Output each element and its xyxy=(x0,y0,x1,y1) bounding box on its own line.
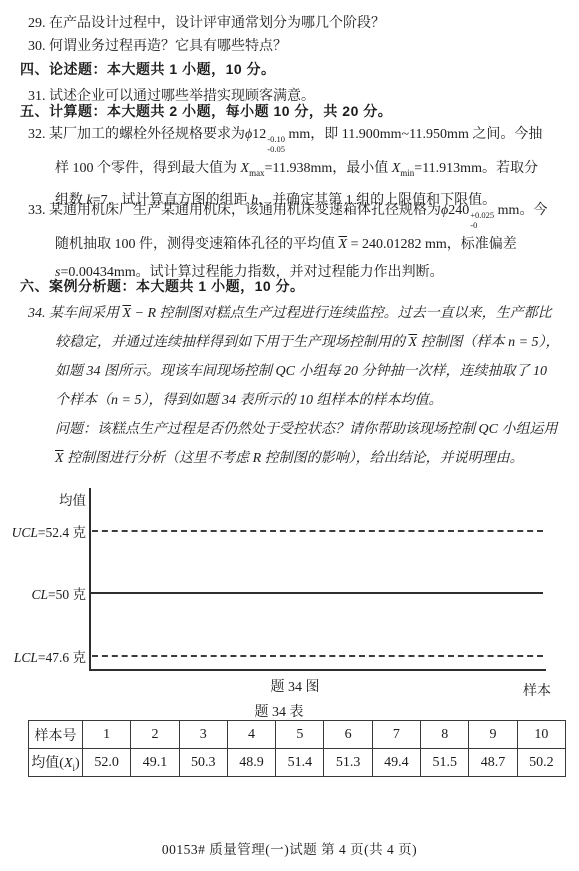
y-axis-title: 均值 xyxy=(0,489,86,509)
text-line: 个样本（n = 5），得到如题 34 表所示的 10 组样本的样本均值。 xyxy=(55,386,560,415)
text-line: 问题：该糕点生产过程是否仍然处于受控状态？请你帮助该现场控制 QC 小组运用 xyxy=(55,415,557,444)
text-line: UCL=52.4 克 xyxy=(0,521,86,541)
x-axis-line xyxy=(89,669,546,671)
text-line: 34. 某车间采用 X − R 控制图对糕点生产过程进行连续监控。过去一直以来，… xyxy=(28,299,560,328)
text-line: 随机抽取 100 件，测得变速箱体孔径的平均值 X = 240.01282 mm… xyxy=(55,231,547,259)
y-axis-line xyxy=(89,488,91,671)
text-line: 30. 何谓业务过程再造？它具有哪些特点？ xyxy=(28,33,287,60)
table-cell: 49.1 xyxy=(131,749,179,777)
control-chart: 均值 UCL=52.4 克 CL=50 克 LCL=47.6 克 题 34 图 … xyxy=(0,485,579,703)
table-cell: 48.9 xyxy=(227,749,275,777)
lcl-line xyxy=(92,655,543,657)
table-caption: 题 34 表 xyxy=(0,701,558,721)
ucl-line xyxy=(92,530,543,532)
text-line: 32. 某厂加工的螺栓外径规格要求为ϕ12-0.10-0.05 mm，即 11.… xyxy=(28,121,542,155)
text-line: 如题 34 图所示。现该车间现场控制 QC 小组每 20 分钟抽一次样，连续抽取… xyxy=(55,357,560,386)
question-30: 30. 何谓业务过程再造？它具有哪些特点？ xyxy=(28,33,287,60)
text-line: CL=50 克 xyxy=(0,583,86,603)
table-row-means: 均值(Xi) 52.049.150.348.951.451.349.451.54… xyxy=(29,749,566,777)
text-line: 较稳定，并通过连续抽样得到如下用于生产现场控制用的 X 控制图（样本 n = 5… xyxy=(55,328,560,357)
text-line: 33. 某通用机床厂生产某通用机床，该通用机床变速箱体孔径规格为ϕ240+0.0… xyxy=(28,197,547,231)
table-cell: 8 xyxy=(421,721,469,749)
table-cell: 51.5 xyxy=(421,749,469,777)
table-row-label: 均值(Xi) xyxy=(29,749,83,777)
table-cell: 9 xyxy=(469,721,517,749)
cl-line xyxy=(90,592,543,594)
table-cell: 4 xyxy=(227,721,275,749)
sample-table: 样本号12345678910 均值(Xi) 52.049.150.348.951… xyxy=(28,720,566,777)
table-cell: 3 xyxy=(179,721,227,749)
text-line: LCL=47.6 克 xyxy=(0,646,86,666)
table-cell: 7 xyxy=(372,721,420,749)
cl-label: CL=50 克 xyxy=(0,583,86,603)
table-cell: 52.0 xyxy=(83,749,131,777)
chart-caption: 题 34 图 xyxy=(235,676,355,696)
table-cell: 1 xyxy=(83,721,131,749)
table-cell: 49.4 xyxy=(372,749,420,777)
ucl-label: UCL=52.4 克 xyxy=(0,521,86,541)
table-cell: 48.7 xyxy=(469,749,517,777)
table-row-header: 样本号12345678910 xyxy=(29,721,566,749)
exam-page: { "sections": { "s4": "四、论述题：本大题共 1 小题，1… xyxy=(0,0,579,871)
x-axis-title: 样本 xyxy=(523,680,551,700)
table-cell: 50.3 xyxy=(179,749,227,777)
table-cell: 51.4 xyxy=(276,749,324,777)
question-34: 34. 某车间采用 X − R 控制图对糕点生产过程进行连续监控。过去一直以来，… xyxy=(28,299,560,415)
section-heading-essay: 四、论述题：本大题共 1 小题，10 分。 xyxy=(20,59,276,79)
section-heading-case-analysis: 六、案例分析题：本大题共 1 小题，10 分。 xyxy=(20,276,305,296)
section-heading-calculation: 五、计算题：本大题共 2 小题，每小题 10 分，共 20 分。 xyxy=(20,101,392,121)
table-cell: 51.3 xyxy=(324,749,372,777)
table-cell: 5 xyxy=(276,721,324,749)
text-line: 样 100 个零件，得到最大值为 Xmax=11.938mm，最小值 Xmin=… xyxy=(55,155,542,187)
table-cell: 10 xyxy=(517,721,565,749)
text-line: X 控制图进行分析（这里不考虑 R 控制图的影响），给出结论，并说明理由。 xyxy=(55,444,557,473)
table-cell: 50.2 xyxy=(517,749,565,777)
lcl-label: LCL=47.6 克 xyxy=(0,646,86,666)
question-34-problem: 问题：该糕点生产过程是否仍然处于受控状态？请你帮助该现场控制 QC 小组运用X … xyxy=(55,415,557,473)
page-footer: 00153# 质量管理(一)试题 第 4 页(共 4 页) xyxy=(0,838,579,858)
table-cell: 2 xyxy=(131,721,179,749)
question-33: 33. 某通用机床厂生产某通用机床，该通用机床变速箱体孔径规格为ϕ240+0.0… xyxy=(28,197,547,287)
table-cell: 样本号 xyxy=(29,721,83,749)
table-cell: 6 xyxy=(324,721,372,749)
text-line: 均值(Xi) xyxy=(31,752,80,773)
